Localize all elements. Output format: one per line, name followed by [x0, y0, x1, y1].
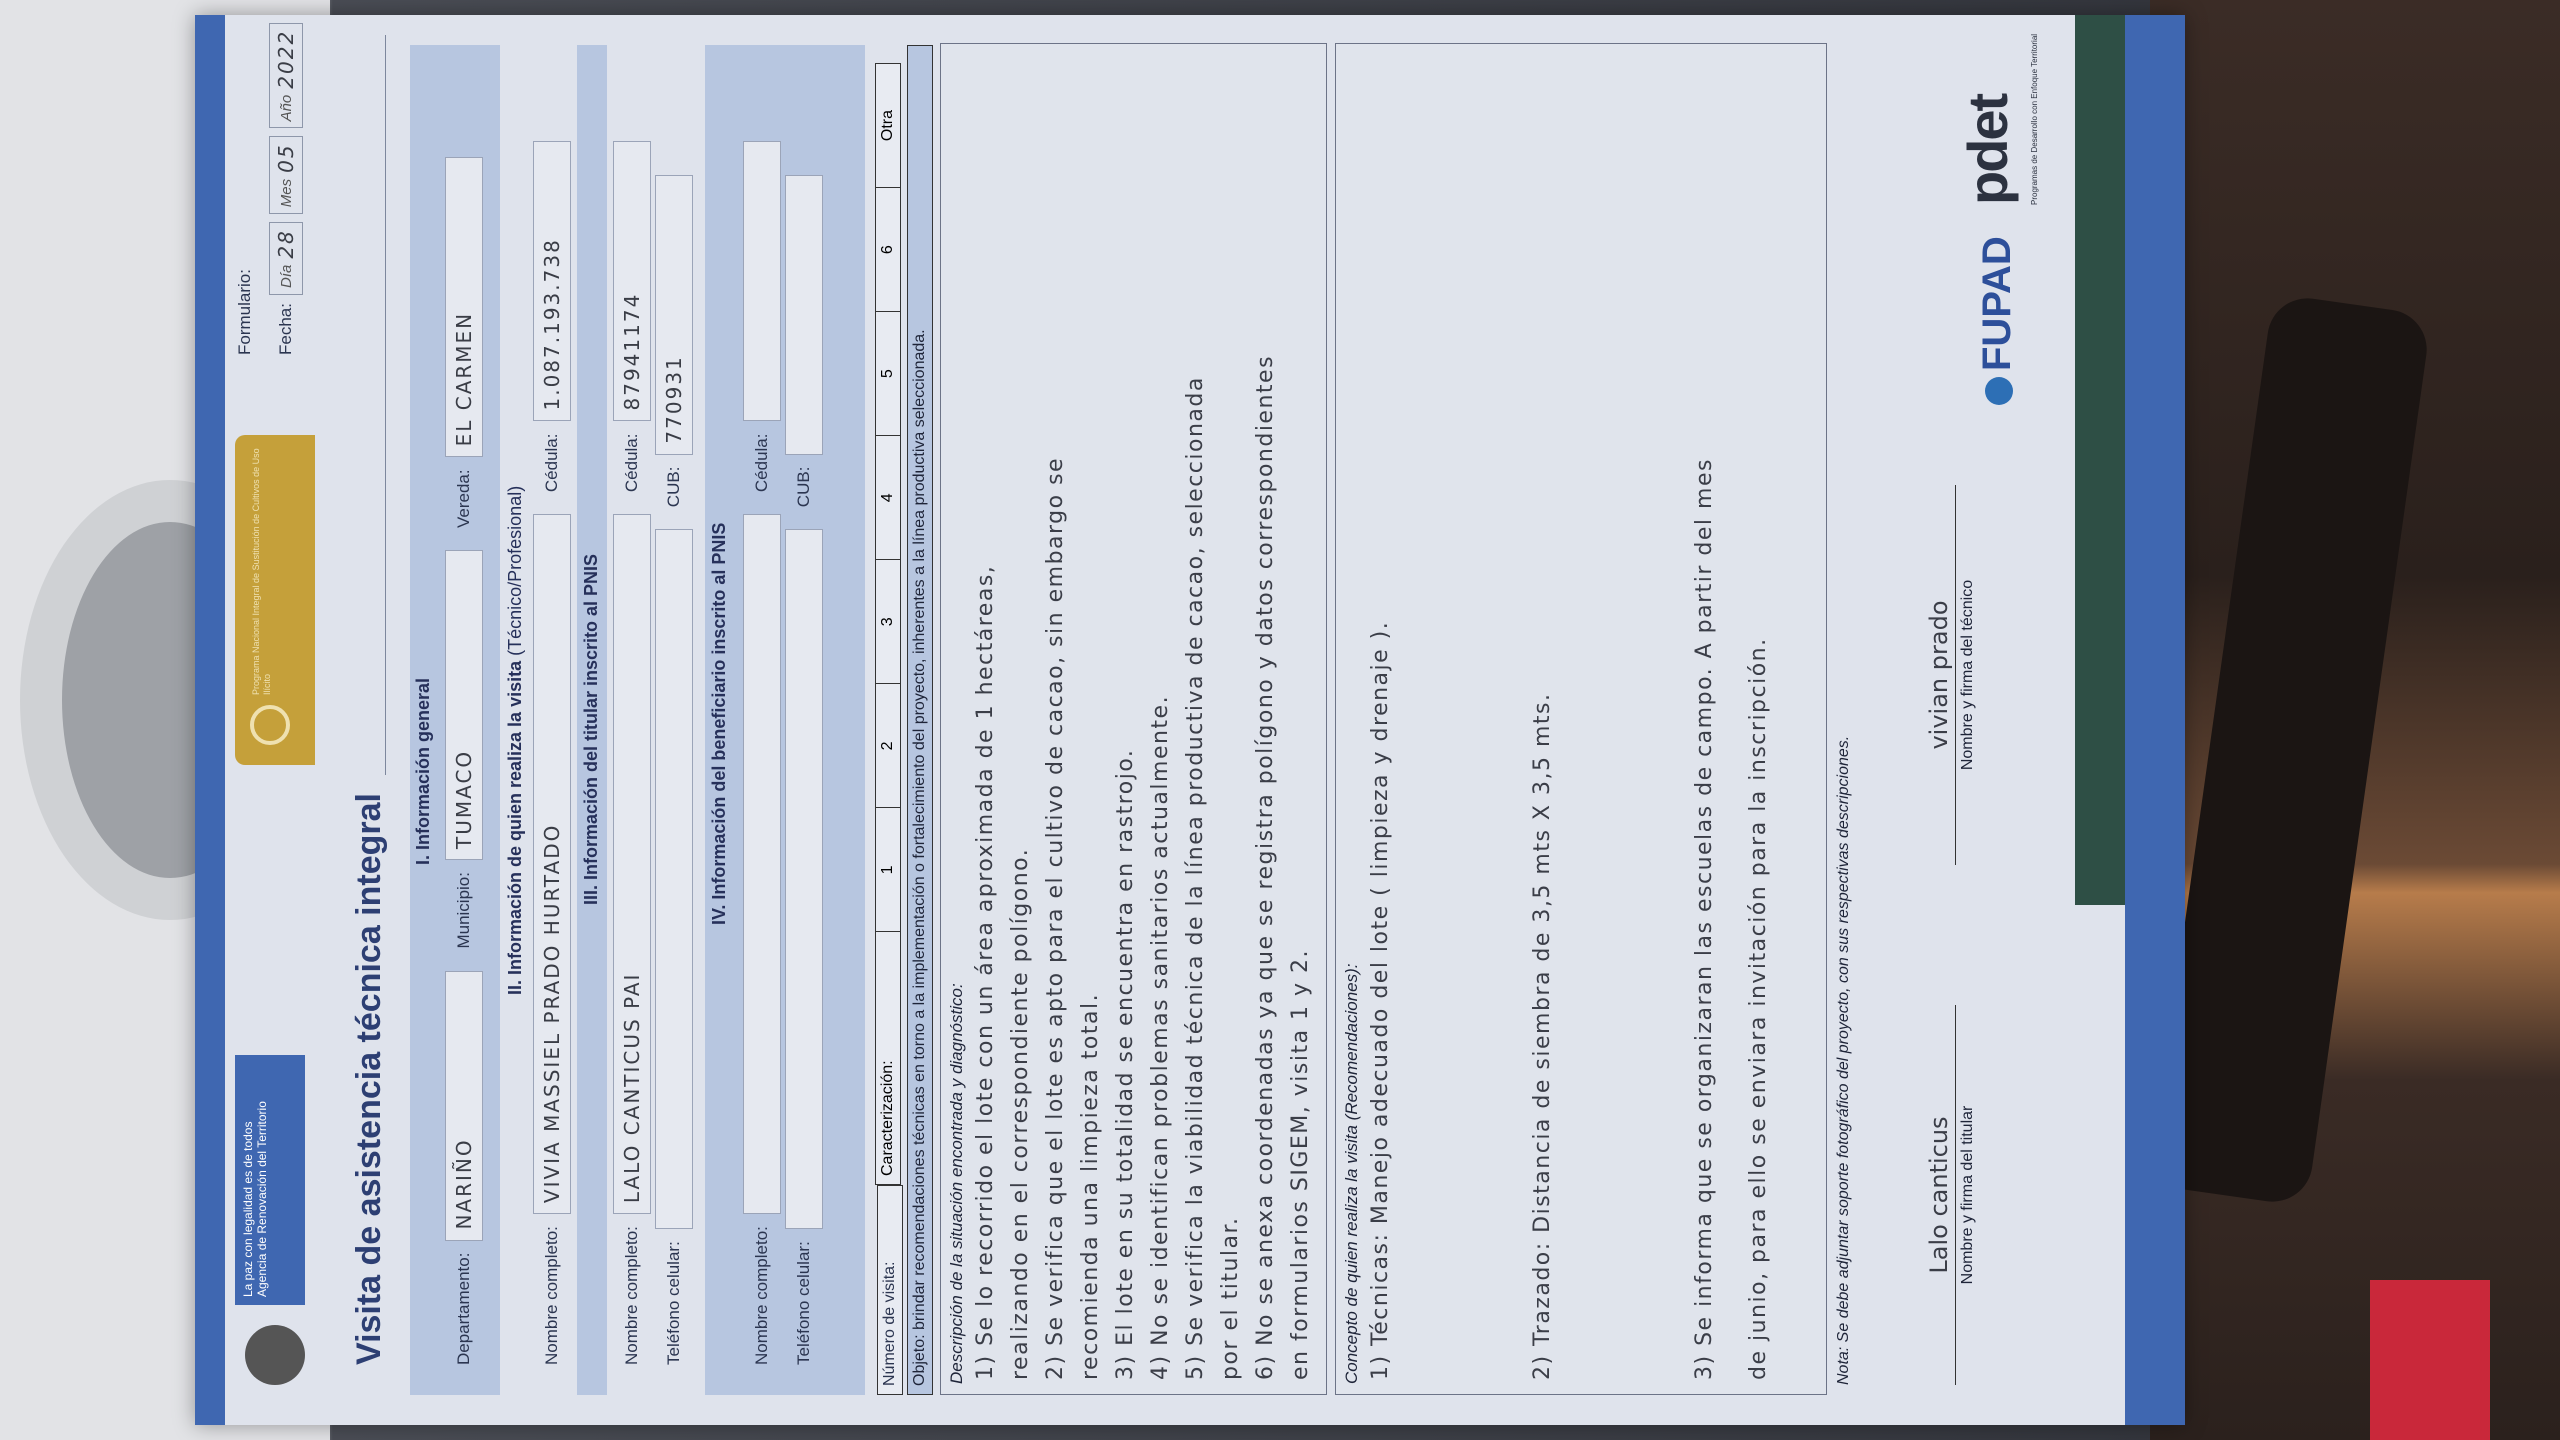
handwritten-line: 6) No se anexa coordenadas ya que se reg…	[1253, 58, 1286, 1380]
mes-field[interactable]: Mes05	[269, 136, 303, 214]
tecnico-signature-label: Nombre y firma del técnico	[1959, 485, 1977, 865]
titular-telefono-label: Teléfono celular:	[664, 1241, 684, 1365]
nota-text: Nota: Se debe adjuntar soporte fotográfi…	[1835, 736, 1853, 1385]
fecha-label: Fecha:	[276, 303, 296, 355]
titular-nombre-value: LALO CANTICUS PAI	[620, 973, 644, 1204]
concepto-label: Concepto de quien realiza la visita (Rec…	[1342, 54, 1362, 1384]
handwritten-line: de junio, para ello se enviara invitació…	[1746, 58, 1798, 1380]
tecnico-nombre-field[interactable]: VIVIA MASSIEL PRADO HURTADO	[533, 514, 571, 1214]
section-1-title: I. Información general	[413, 678, 434, 865]
numero-visita-label: Número de visita:	[881, 1262, 899, 1387]
beneficiario-cub-label: CUB:	[794, 467, 814, 508]
fecha-row: Fecha: Día28 Mes05 Año2022	[269, 25, 303, 355]
tecnico-nombre-value: VIVIA MASSIEL PRADO HURTADO	[540, 824, 564, 1204]
concepto-lines: 1) Técnicas: Manejo adecuado del lote ( …	[1368, 44, 1798, 1394]
formulario-label: Formulario:	[235, 25, 255, 355]
descripcion-box[interactable]: Descripción de la situación encontrada y…	[940, 43, 1327, 1395]
departamento-value: NARIÑO	[452, 1138, 476, 1229]
globe-icon	[1985, 377, 2013, 405]
visit-option-2[interactable]: 2	[876, 683, 900, 807]
concepto-box[interactable]: Concepto de quien realiza la visita (Rec…	[1335, 43, 1827, 1395]
titular-telefono-field[interactable]	[655, 529, 693, 1229]
background-red-object	[2370, 1280, 2490, 1440]
dia-label: Día	[278, 265, 295, 288]
beneficiario-cedula-field[interactable]	[743, 142, 781, 422]
titular-cedula-label: Cédula:	[622, 434, 642, 493]
colombia-coat-of-arms-icon	[245, 1325, 305, 1385]
visit-option-otra[interactable]: Otra	[876, 64, 900, 187]
caracterizacion-table: Caracterización: 1 2 3 4 5 6 Otra	[875, 63, 901, 1185]
form-page: La paz con legalidad es de todos Agencia…	[195, 15, 2185, 1425]
handwritten-line: 3) Se informa que se organizaran las esc…	[1692, 58, 1744, 1380]
pnis-logo-text: Programa Nacional Integral de Sustitució…	[251, 435, 273, 695]
agency-logo-block: La paz con legalidad es de todos Agencia…	[235, 1055, 305, 1305]
section-4-row-1: Nombre completo: Cédula:	[743, 142, 781, 1366]
tecnico-cedula-field[interactable]: 1.087.193.738	[533, 142, 571, 422]
paper-sheet: La paz con legalidad es de todos Agencia…	[195, 15, 2185, 1425]
titular-cedula-value: 87941174	[620, 293, 644, 411]
title-divider	[385, 35, 386, 775]
footer-dark-band	[2075, 15, 2125, 905]
tecnico-cedula-value: 1.087.193.738	[540, 238, 564, 410]
form-meta: Formulario: Fecha: Día28 Mes05 Año2022	[235, 25, 303, 355]
beneficiario-telefono-field[interactable]	[785, 529, 823, 1229]
numero-visita-cell: Número de visita:	[877, 1185, 903, 1395]
handwritten-line	[1584, 58, 1636, 1380]
titular-signature-hand: Lalo canticus	[1925, 1005, 1956, 1385]
titular-cub-value: 770931	[662, 355, 686, 443]
visit-option-5[interactable]: 5	[876, 311, 900, 435]
section-2-title: II. Información de quien realiza la visi…	[505, 486, 526, 995]
beneficiario-cub-field[interactable]	[785, 175, 823, 455]
titular-signature[interactable]: Lalo canticus Nombre y firma del titular	[1925, 1005, 1977, 1385]
titular-signature-label: Nombre y firma del titular	[1959, 1005, 1977, 1385]
dia-field[interactable]: Día28	[269, 222, 303, 295]
anio-label: Año	[278, 95, 295, 122]
handwritten-line: recomienda una limpieza total.	[1078, 58, 1111, 1380]
titular-cub-field[interactable]: 770931	[655, 175, 693, 455]
pdet-subtitle: Programas de Desarrollo con Enfoque Terr…	[2030, 34, 2039, 205]
beneficiario-telefono-label: Teléfono celular:	[794, 1241, 814, 1365]
dia-value: 28	[274, 229, 298, 258]
pdet-logo: pdet	[1955, 95, 2020, 205]
form-header: La paz con legalidad es de todos Agencia…	[235, 45, 395, 1395]
page-bottom-border	[2125, 15, 2185, 1425]
mes-label: Mes	[278, 179, 295, 207]
beneficiario-nombre-field[interactable]	[743, 514, 781, 1214]
caracterizacion-label: Caracterización:	[876, 931, 900, 1184]
objetivo-text: Objeto: brindar recomendaciones técnicas…	[907, 45, 933, 1395]
vereda-field[interactable]: EL CARMEN	[445, 157, 483, 457]
anio-value: 2022	[274, 30, 298, 89]
handwritten-line: 1) Se lo recorrido el lote con un área a…	[973, 58, 1006, 1380]
section-2-title-text: II. Información de quien realiza la visi…	[505, 661, 525, 995]
handwritten-line: 3) El lote en su totalidad se encuentra …	[1113, 58, 1146, 1380]
section-4-row-2: Teléfono celular: CUB:	[785, 175, 823, 1365]
handwritten-line	[1476, 58, 1528, 1380]
descripcion-label: Descripción de la situación encontrada y…	[947, 54, 967, 1384]
visit-option-1[interactable]: 1	[876, 807, 900, 931]
municipio-label: Municipio:	[454, 872, 474, 949]
handwritten-line: 1) Técnicas: Manejo adecuado del lote ( …	[1368, 58, 1420, 1380]
municipio-value: TUMACO	[452, 750, 476, 849]
titular-nombre-label: Nombre completo:	[622, 1226, 642, 1365]
handwritten-line: en formularios SIGEM, visita 1 y 2.	[1288, 58, 1321, 1380]
municipio-field[interactable]: TUMACO	[445, 550, 483, 860]
page-top-border	[195, 15, 225, 1425]
titular-cub-label: CUB:	[664, 467, 684, 508]
section-3-row-2: Teléfono celular: CUB: 770931	[655, 175, 693, 1365]
handwritten-line: 2) Trazado: Distancia de siembra de 3,5 …	[1530, 58, 1582, 1380]
section-3-title: III. Información del titular inscrito al…	[581, 554, 602, 905]
tecnico-signature[interactable]: vivian prado Nombre y firma del técnico	[1925, 485, 1977, 865]
handwritten-line: realizando en el correspondiente polígon…	[1008, 58, 1041, 1380]
vereda-label: Vereda:	[454, 469, 474, 528]
handwritten-line	[1638, 58, 1690, 1380]
section-3-row-1: Nombre completo: LALO CANTICUS PAI Cédul…	[613, 142, 651, 1366]
section-2-title-suffix: (Técnico/Profesional)	[505, 486, 525, 656]
anio-field[interactable]: Año2022	[269, 23, 303, 129]
titular-nombre-field[interactable]: LALO CANTICUS PAI	[613, 514, 651, 1214]
pnis-spiral-icon	[250, 705, 290, 745]
beneficiario-cedula-label: Cédula:	[752, 434, 772, 493]
handwritten-line: por el titular.	[1218, 58, 1251, 1380]
mes-value: 05	[274, 143, 298, 172]
visit-option-6[interactable]: 6	[876, 187, 900, 311]
tecnico-nombre-label: Nombre completo:	[542, 1226, 562, 1365]
tecnico-signature-hand: vivian prado	[1925, 485, 1956, 865]
section-2-row: Nombre completo: VIVIA MASSIEL PRADO HUR…	[533, 142, 571, 1366]
agency-line: La paz con legalidad es de todos	[241, 1063, 255, 1297]
pnis-logo-block: Programa Nacional Integral de Sustitució…	[235, 435, 315, 765]
fupad-text: FUPAD	[1975, 236, 2019, 371]
fupad-logo: FUPAD	[1975, 236, 2020, 405]
vereda-value: EL CARMEN	[452, 312, 476, 447]
departamento-field[interactable]: NARIÑO	[445, 971, 483, 1241]
handwritten-line	[1422, 58, 1474, 1380]
agency-line: Agencia de Renovación del Territorio	[255, 1063, 269, 1297]
handwritten-line: 5) Se verifica la viabilidad técnica de …	[1183, 58, 1216, 1380]
page-title: Visita de asistencia técnica integral	[350, 793, 389, 1365]
section-4-title: IV. Información del beneficiario inscrit…	[709, 523, 730, 925]
visit-option-3[interactable]: 3	[876, 559, 900, 683]
handwritten-line: 4) No se identifican problemas sanitario…	[1148, 58, 1181, 1380]
beneficiario-nombre-label: Nombre completo:	[752, 1226, 772, 1365]
departamento-label: Departamento:	[454, 1253, 474, 1365]
handwritten-line: 2) Se verifica que el lote es apto para …	[1043, 58, 1076, 1380]
section-1-row: Departamento: NARIÑO Municipio: TUMACO V…	[445, 157, 483, 1365]
tecnico-cedula-label: Cédula:	[542, 434, 562, 493]
visit-option-4[interactable]: 4	[876, 435, 900, 559]
descripcion-lines: 1) Se lo recorrido el lote con un área a…	[973, 44, 1321, 1394]
titular-cedula-field[interactable]: 87941174	[613, 142, 651, 422]
